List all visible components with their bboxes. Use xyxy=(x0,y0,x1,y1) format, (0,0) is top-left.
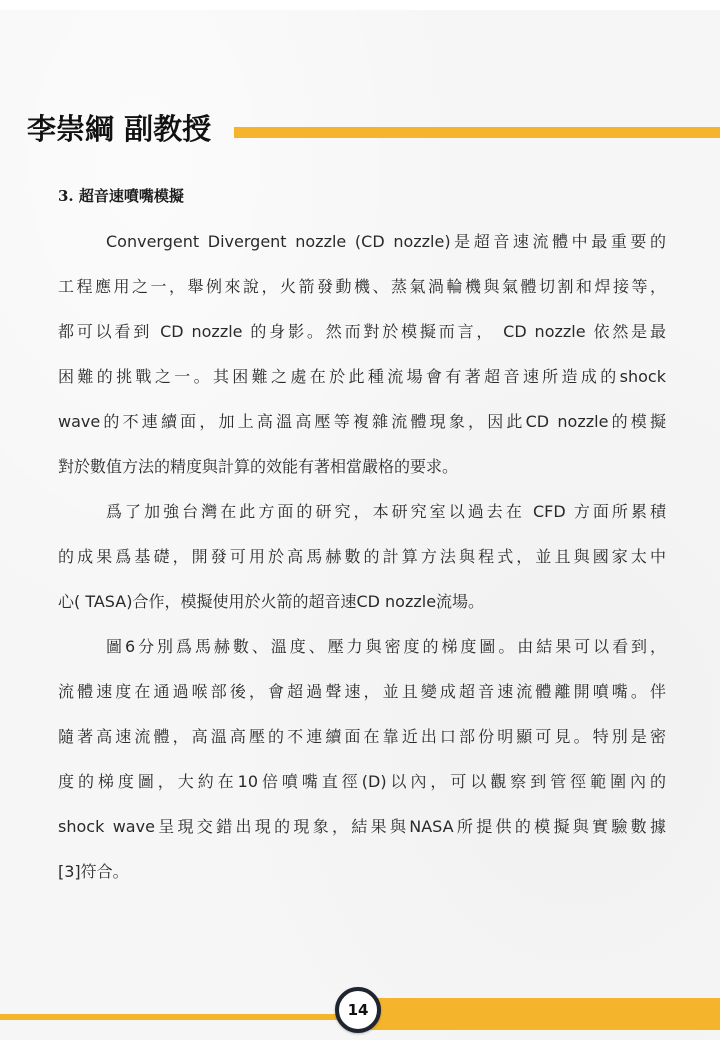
paragraph-line: 度的梯度圖，大約在10倍噴嘴直徑(D)以內，可以觀察到管徑範圍內的 xyxy=(58,759,666,804)
paragraph-line: 圖6分別爲馬赫數、溫度、壓力與密度的梯度圖。由結果可以看到， xyxy=(58,624,666,669)
paragraph-line: 流體速度在通過喉部後，會超過聲速，並且變成超音速流體離開噴嘴。伴 xyxy=(58,669,666,714)
paragraph-line: [3]符合。 xyxy=(58,849,666,894)
author-heading: 李崇綱 副教授 xyxy=(27,109,211,149)
heading-accent-bar xyxy=(234,127,720,138)
paragraph-line: wave的不連續面，加上高溫高壓等複雜流體現象，因此CD nozzle的模擬 xyxy=(58,399,666,444)
paragraph-line: Convergent Divergent nozzle (CD nozzle)是… xyxy=(58,219,666,264)
page-number-badge: 14 xyxy=(335,987,381,1033)
paragraph-1: Convergent Divergent nozzle (CD nozzle)是… xyxy=(58,219,666,489)
paragraph-line: 對於數值方法的精度與計算的效能有著相當嚴格的要求。 xyxy=(58,444,666,489)
author-name-title: 李崇綱 副教授 xyxy=(27,109,211,149)
section-title: 3. 超音速噴嘴模擬 xyxy=(58,184,184,208)
paragraph-line: shock wave呈現交錯出現的現象，結果與NASA所提供的模擬與實驗數據 xyxy=(58,804,666,849)
paragraph-line: 的成果爲基礎，開發可用於高馬赫數的計算方法與程式，並且與國家太中 xyxy=(58,534,666,579)
paragraph-line: 隨著高速流體，高溫高壓的不連續面在靠近出口部份明顯可見。特別是密 xyxy=(58,714,666,759)
paragraph-line: 困難的挑戰之一。其困難之處在於此種流場會有著超音速所造成的shock xyxy=(58,354,666,399)
paragraph-line: 爲了加強台灣在此方面的研究，本研究室以過去在 CFD 方面所累積 xyxy=(58,489,666,534)
paragraph-line: 都可以看到 CD nozzle 的身影。然而對於模擬而言， CD nozzle … xyxy=(58,309,666,354)
footer-accent-line-left xyxy=(0,1014,340,1020)
paragraph-line: 工程應用之一，舉例來說，火箭發動機、蒸氣渦輪機與氣體切割和焊接等， xyxy=(58,264,666,309)
paragraph-3: 圖6分別爲馬赫數、溫度、壓力與密度的梯度圖。由結果可以看到， 流體速度在通過喉部… xyxy=(58,624,666,894)
footer-accent-band-right xyxy=(370,998,720,1030)
paragraph-2: 爲了加強台灣在此方面的研究，本研究室以過去在 CFD 方面所累積 的成果爲基礎，… xyxy=(58,489,666,624)
paragraph-line: 心( TASA)合作，模擬使用於火箭的超音速CD nozzle流場。 xyxy=(58,579,666,624)
